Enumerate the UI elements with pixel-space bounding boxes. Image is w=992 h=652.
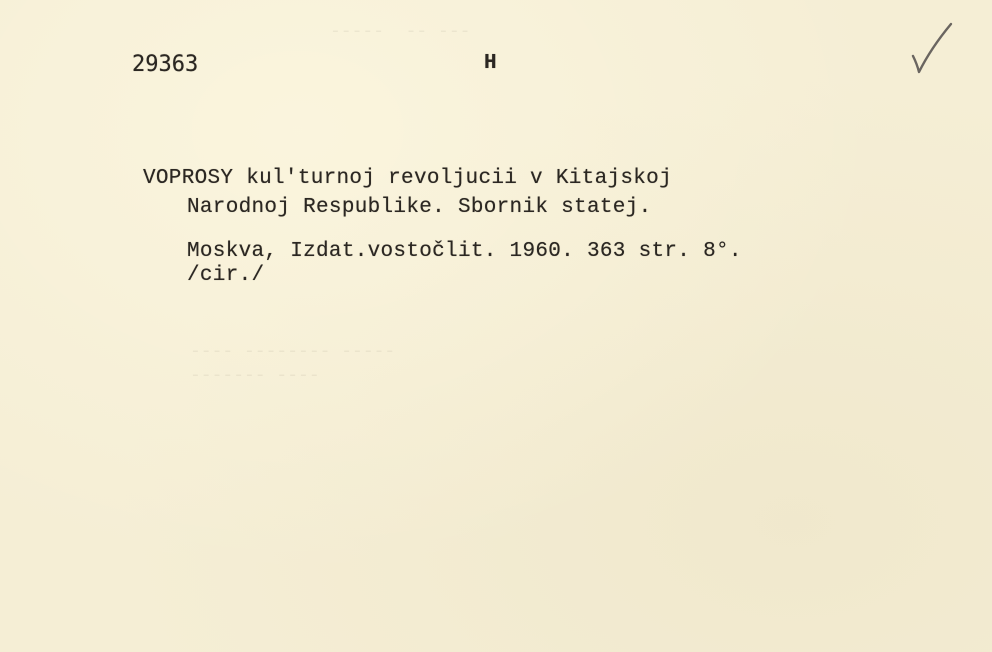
title-line: Narodnoj Respublike. Sbornik statej. bbox=[187, 196, 651, 219]
imprint-line: Moskva, Izdat.vostočlit. 1960. 363 str. … bbox=[187, 240, 742, 263]
catalog-card: ----- -- --- ---- -------- ----- -------… bbox=[0, 0, 992, 652]
show-through-text: ------- ---- bbox=[190, 366, 320, 386]
call-number: 29363 bbox=[132, 52, 198, 77]
show-through-text: ----- -- --- bbox=[330, 22, 470, 42]
imprint-line: /cir./ bbox=[187, 264, 264, 287]
checkmark-icon bbox=[905, 18, 957, 78]
location-mark: H bbox=[484, 52, 497, 75]
title-line: VOPROSY kul'turnoj revoljucii v Kitajsko… bbox=[143, 167, 672, 190]
show-through-text: ---- -------- ----- bbox=[190, 342, 395, 362]
